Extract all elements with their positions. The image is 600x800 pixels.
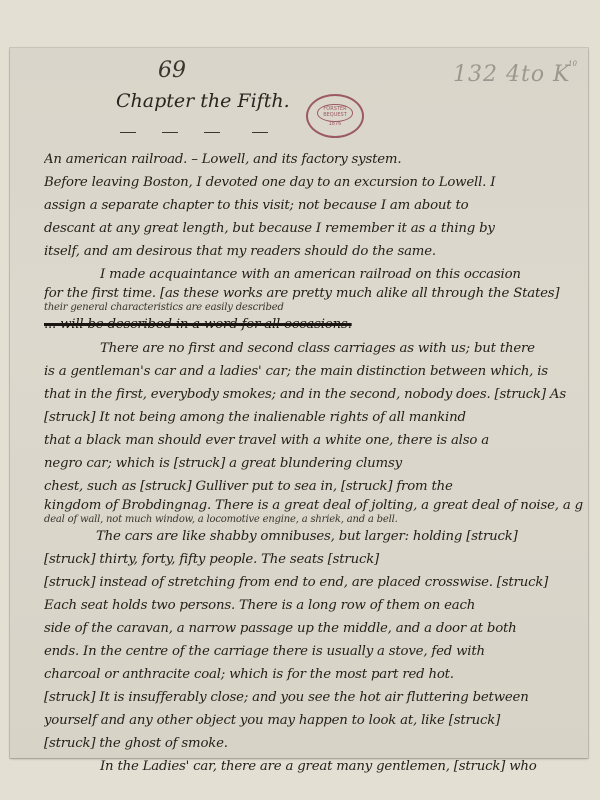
text-line: Before leaving Boston, I devoted one day… <box>44 171 584 194</box>
chapter-title: Chapter the Fifth. <box>116 90 290 112</box>
title-underline-mark <box>252 132 268 135</box>
text-line: charcoal or anthracite coal; which is fo… <box>44 663 584 686</box>
text-line: kingdom of Brobdingnag. There is a great… <box>44 498 584 514</box>
shelfmark-annotation: 132 4to K <box>453 62 571 87</box>
text-line: The cars are like shabby omnibuses, but … <box>44 525 584 548</box>
forster-bequest-stamp: FORSTER BEQUEST 1876 <box>306 94 364 138</box>
stamp-year: 1876 <box>329 122 342 128</box>
title-underline-mark <box>162 132 178 135</box>
text-line: There are no first and second class carr… <box>44 337 584 360</box>
title-underline-mark <box>204 132 220 135</box>
text-line: [struck] It not being among the inaliena… <box>44 406 584 429</box>
text-line: Each seat holds two persons. There is a … <box>44 594 584 617</box>
text-line: [struck] thirty, forty, fifty people. Th… <box>44 548 584 571</box>
text-line: chest, such as [struck] Gulliver put to … <box>44 475 584 498</box>
interlinear-insertion: their general characteristics are easily… <box>44 302 584 313</box>
corner-mark: 10 <box>568 60 577 68</box>
interlinear-insertion: deal of wall, not much window, a locomot… <box>44 514 584 525</box>
text-line: that in the first, everybody smokes; and… <box>44 383 584 406</box>
text-line: for the first time. [as these works are … <box>44 286 584 302</box>
text-line: [struck] It is insufferably close; and y… <box>44 686 584 709</box>
text-line: [struck] instead of stretching from end … <box>44 571 584 594</box>
text-line: I made acquaintance with an american rai… <box>44 263 584 286</box>
handwritten-text-block: An american railroad. – Lowell, and its … <box>44 148 584 778</box>
text-line: negro car; which is [struck] a great blu… <box>44 452 584 475</box>
text-line: that a black man should ever travel with… <box>44 429 584 452</box>
text-line: descant at any great length, but because… <box>44 217 584 240</box>
text-line: itself, and am desirous that my readers … <box>44 240 584 263</box>
struck-line: ... will be described in a word for all … <box>44 313 584 337</box>
stamp-line-2: BEQUEST <box>323 113 347 119</box>
text-line: ends. In the centre of the carriage ther… <box>44 640 584 663</box>
text-line: In the Ladies' car, there are a great ma… <box>44 755 584 778</box>
text-line: yourself and any other object you may ha… <box>44 709 584 732</box>
text-line: assign a separate chapter to this visit;… <box>44 194 584 217</box>
text-line: side of the caravan, a narrow passage up… <box>44 617 584 640</box>
text-line: An american railroad. – Lowell, and its … <box>44 148 584 171</box>
folio-number: 69 <box>158 58 186 83</box>
title-underline-mark <box>120 132 136 135</box>
text-line: [struck] the ghost of smoke. <box>44 732 584 755</box>
text-line: is a gentleman's car and a ladies' car; … <box>44 360 584 383</box>
